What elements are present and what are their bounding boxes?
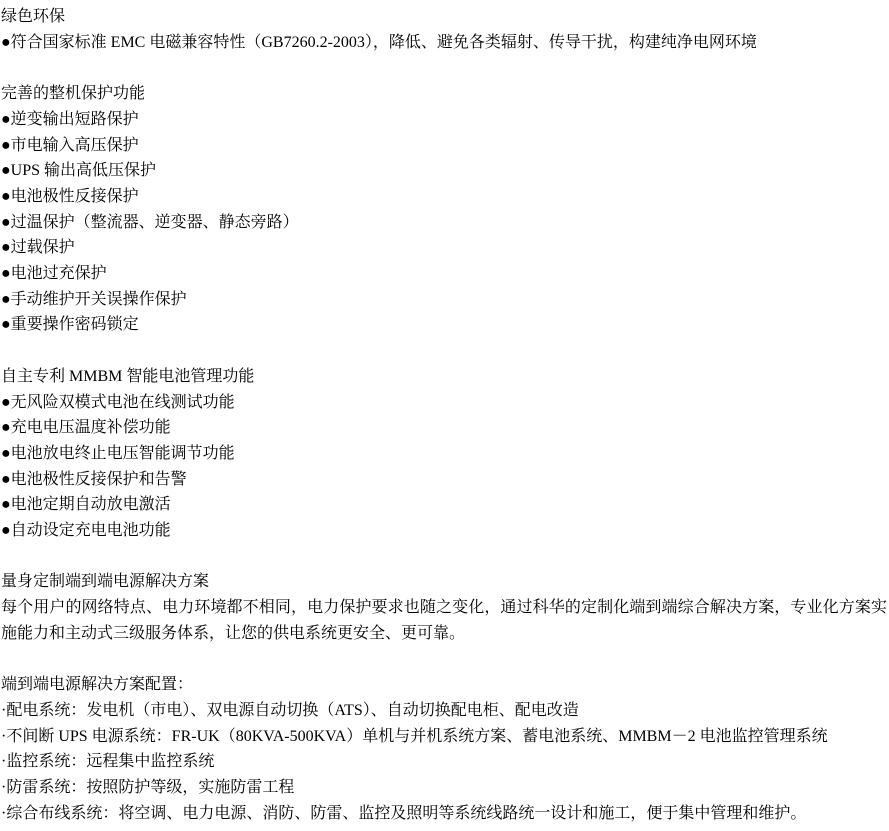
bullet-item: ●自动设定充电电池功能 xyxy=(1,518,887,544)
bullet-item: ●电池过充保护 xyxy=(1,261,887,287)
bullet-item: ●逆变输出短路保护 xyxy=(1,107,887,133)
config-item: ·配电系统：发电机（市电）、双电源自动切换（ATS）、自动切换配电柜、配电改造 xyxy=(1,698,887,724)
section-solution-configuration: 端到端电源解决方案配置： ·配电系统：发电机（市电）、双电源自动切换（ATS）、… xyxy=(1,672,887,826)
bullet-item: ●重要操作密码锁定 xyxy=(1,312,887,338)
section-heading: 量身定制端到端电源解决方案 xyxy=(1,569,887,595)
bullet-item: ●电池定期自动放电激活 xyxy=(1,492,887,518)
paragraph: 每个用户的网络特点、电力环境都不相同，电力保护要求也随之变化，通过科华的定制化端… xyxy=(1,595,887,646)
document-body: 绿色环保 ●符合国家标准 EMC 电磁兼容特性（GB7260.2-2003），降… xyxy=(0,0,889,826)
bullet-item: ●电池极性反接保护和告警 xyxy=(1,467,887,493)
config-item: ·不间断 UPS 电源系统：FR-UK（80KVA-500KVA）单机与并机系统… xyxy=(1,724,887,750)
bullet-item: ●UPS 输出高低压保护 xyxy=(1,158,887,184)
bullet-item: ●过载保护 xyxy=(1,235,887,261)
bullet-item: ●电池放电终止电压智能调节功能 xyxy=(1,441,887,467)
config-item: ·防雷系统：按照防护等级，实施防雷工程 xyxy=(1,775,887,801)
config-item: ·综合布线系统：将空调、电力电源、消防、防雷、监控及照明等系统线路统一设计和施工… xyxy=(1,801,887,827)
section-end-to-end-solution: 量身定制端到端电源解决方案 每个用户的网络特点、电力环境都不相同，电力保护要求也… xyxy=(1,569,887,646)
bullet-item: ●过温保护（整流器、逆变器、静态旁路） xyxy=(1,210,887,236)
config-item: ·监控系统：远程集中监控系统 xyxy=(1,749,887,775)
section-green-environment: 绿色环保 ●符合国家标准 EMC 电磁兼容特性（GB7260.2-2003），降… xyxy=(1,4,887,55)
section-protection-functions: 完善的整机保护功能 ●逆变输出短路保护 ●市电输入高压保护 ●UPS 输出高低压… xyxy=(1,81,887,338)
section-heading: 绿色环保 xyxy=(1,4,887,30)
bullet-item: ●市电输入高压保护 xyxy=(1,133,887,159)
bullet-item: ●符合国家标准 EMC 电磁兼容特性（GB7260.2-2003），降低、避免各… xyxy=(1,30,887,56)
bullet-item: ●充电电压温度补偿功能 xyxy=(1,415,887,441)
bullet-item: ●无风险双模式电池在线测试功能 xyxy=(1,390,887,416)
section-heading: 完善的整机保护功能 xyxy=(1,81,887,107)
section-heading: 自主专利 MMBM 智能电池管理功能 xyxy=(1,364,887,390)
bullet-item: ●手动维护开关误操作保护 xyxy=(1,287,887,313)
section-heading: 端到端电源解决方案配置： xyxy=(1,672,887,698)
section-battery-management: 自主专利 MMBM 智能电池管理功能 ●无风险双模式电池在线测试功能 ●充电电压… xyxy=(1,364,887,544)
bullet-item: ●电池极性反接保护 xyxy=(1,184,887,210)
